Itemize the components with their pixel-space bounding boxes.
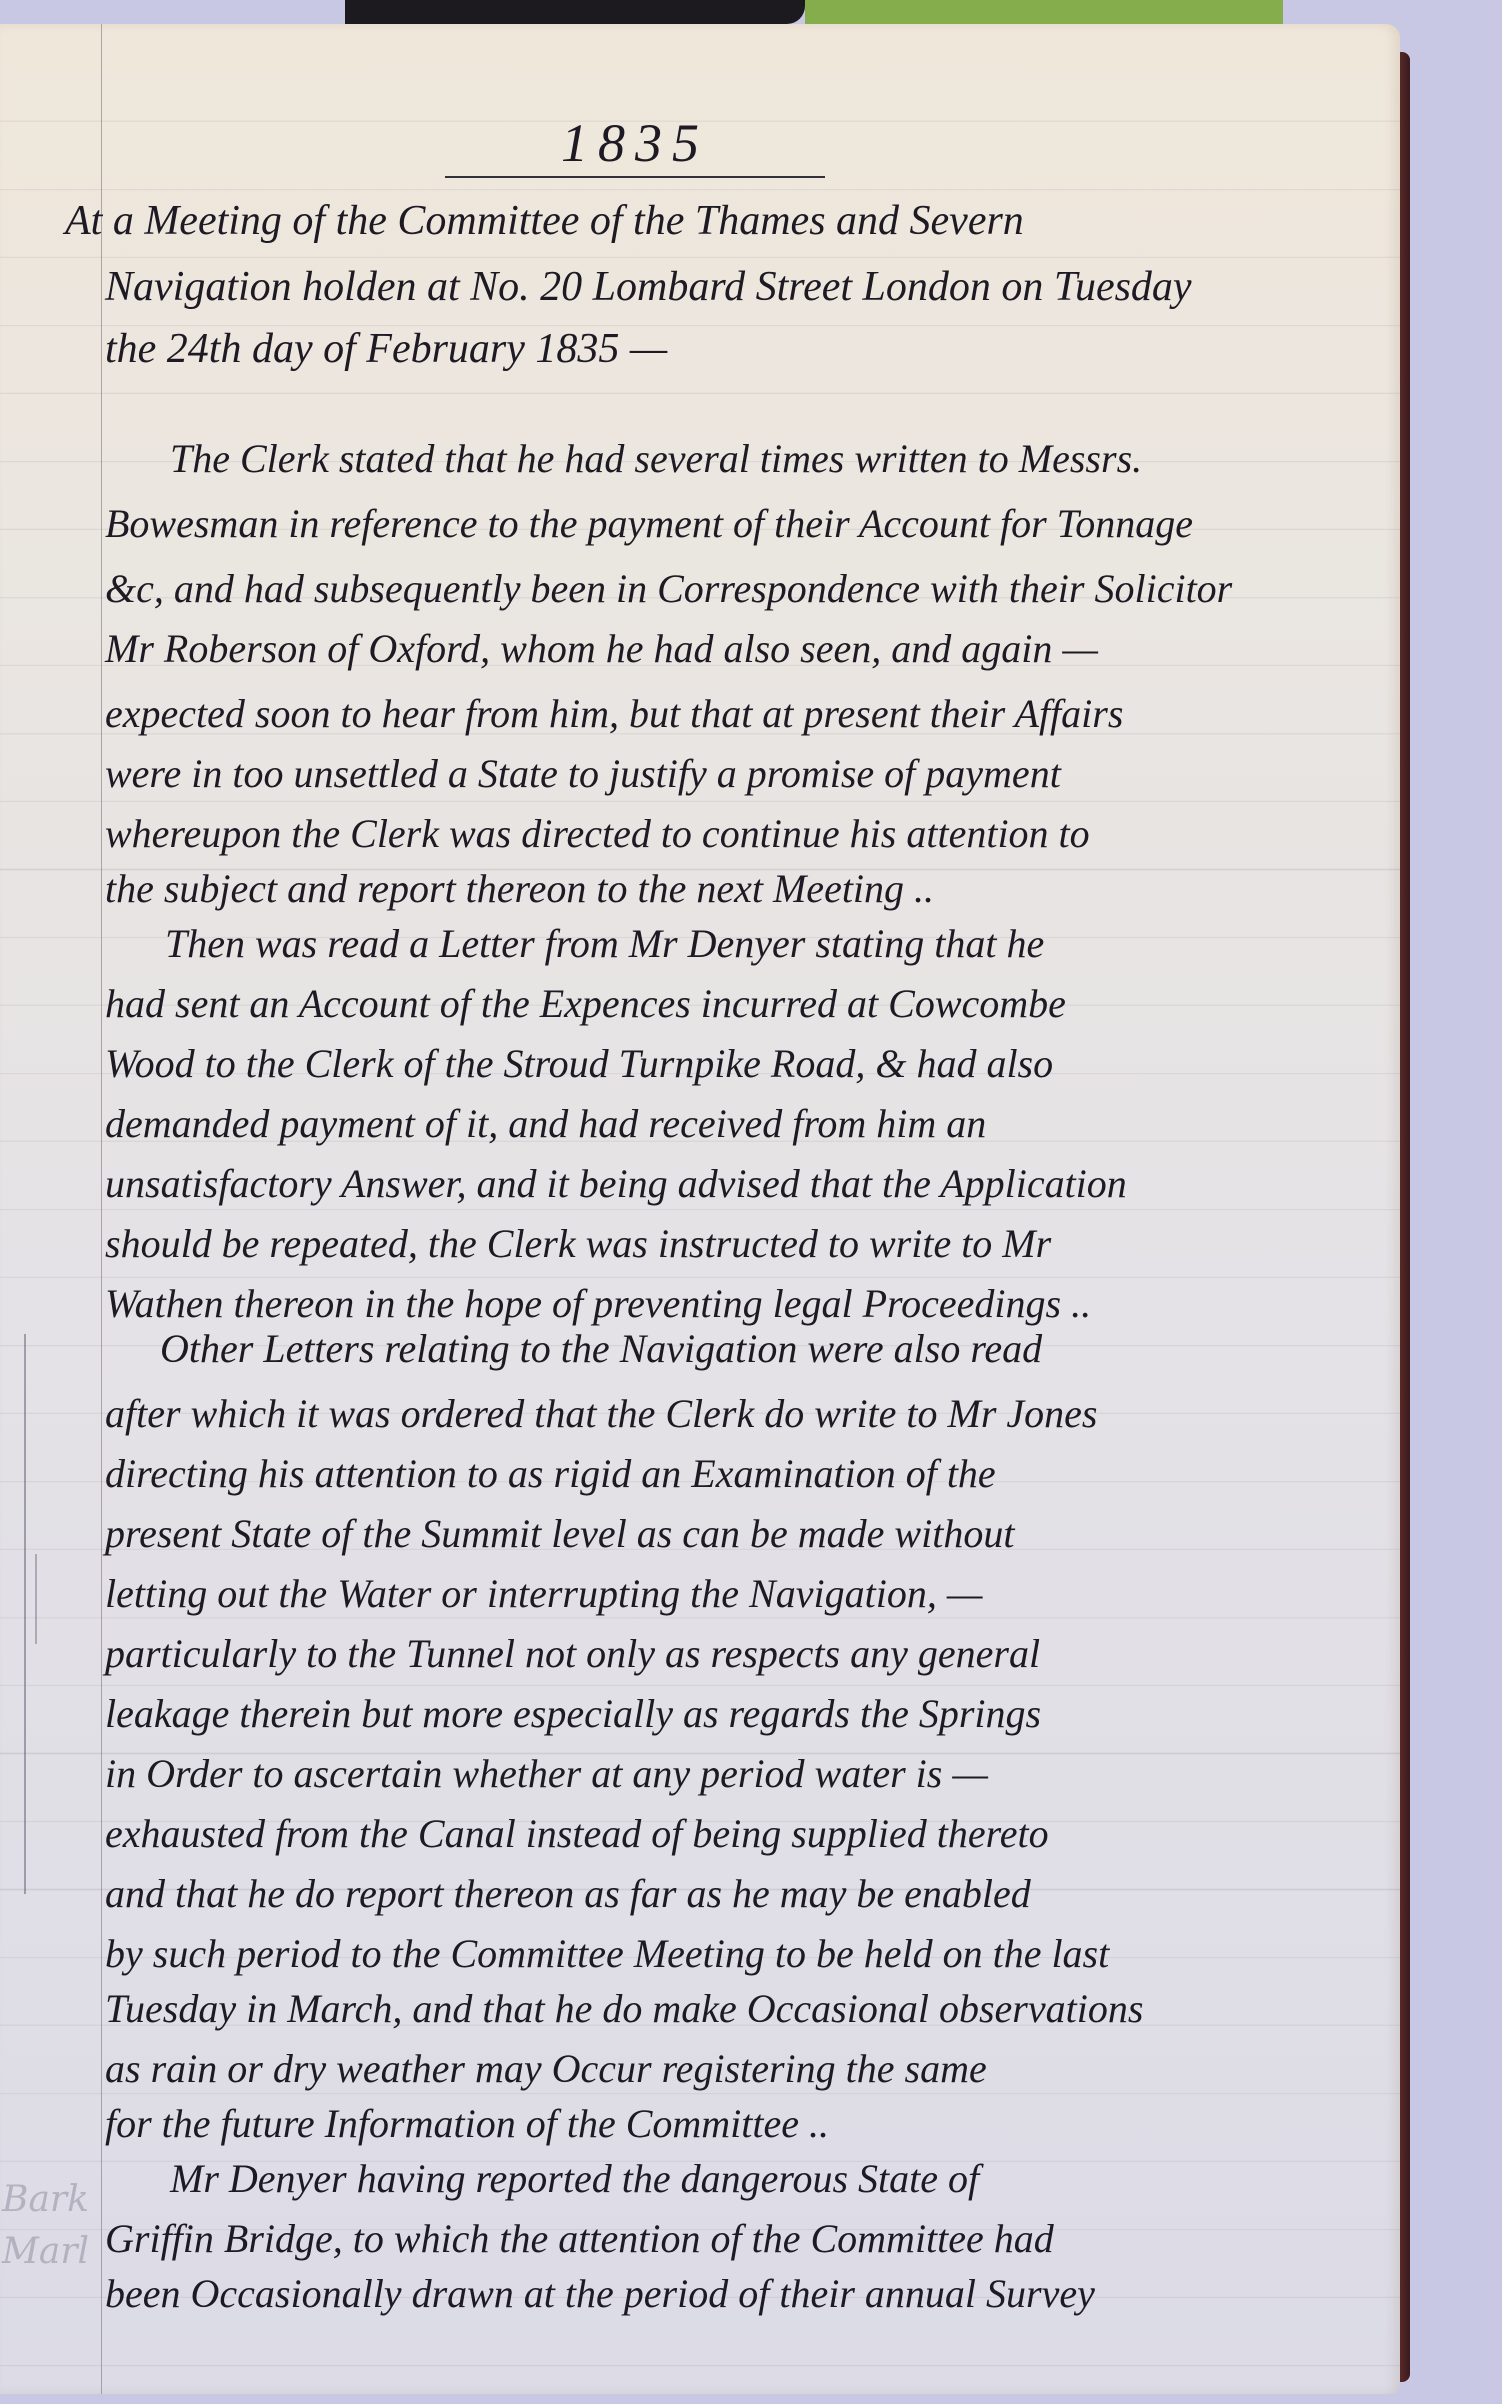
heading-line: the 24th day of February 1835 — <box>105 324 667 374</box>
heading-line: Navigation holden at No. 20 Lombard Stre… <box>105 262 1192 312</box>
text-line: Mr Denyer having reported the dangerous … <box>170 2154 979 2204</box>
text-line: the subject and report thereon to the ne… <box>105 864 934 914</box>
text-line: and that he do report thereon as far as … <box>105 1869 1031 1919</box>
text-line: Wood to the Clerk of the Stroud Turnpike… <box>105 1039 1053 1089</box>
marginalia-note: Bark <box>2 2174 97 2226</box>
ledger-page: Bark Marl 1835 At a Meeting of the Commi… <box>0 24 1400 2394</box>
text-line: demanded payment of it, and had received… <box>105 1099 986 1149</box>
text-line: for the future Information of the Commit… <box>105 2099 829 2149</box>
text-line: present State of the Summit level as can… <box>105 1509 1014 1559</box>
text-line: Tuesday in March, and that he do make Oc… <box>105 1984 1143 2034</box>
text-line: leakage therein but more especially as r… <box>105 1689 1041 1739</box>
text-line: had sent an Account of the Expences incu… <box>105 979 1066 1029</box>
text-line: Griffin Bridge, to which the attention o… <box>105 2214 1054 2264</box>
margin-pencil-mark <box>24 1334 26 1894</box>
text-line: particularly to the Tunnel not only as r… <box>105 1629 1040 1679</box>
background-dark-object <box>345 0 805 24</box>
text-line: letting out the Water or interrupting th… <box>105 1569 982 1619</box>
text-line: should be repeated, the Clerk was instru… <box>105 1219 1051 1269</box>
margin-rule <box>101 24 102 2394</box>
text-line: Mr Roberson of Oxford, whom he had also … <box>105 624 1098 674</box>
marginalia: Bark Marl <box>2 2174 97 2278</box>
ruled-lines <box>0 24 1400 2394</box>
year-heading: 1835 <box>445 112 825 178</box>
text-line: whereupon the Clerk was directed to cont… <box>105 809 1090 859</box>
text-line: in Order to ascertain whether at any per… <box>105 1749 988 1799</box>
text-line: exhausted from the Canal instead of bein… <box>105 1809 1049 1859</box>
text-line: Wathen thereon in the hope of preventing… <box>105 1279 1091 1329</box>
text-line: after which it was ordered that the Cler… <box>105 1389 1098 1439</box>
text-line: unsatisfactory Answer, and it being advi… <box>105 1159 1127 1209</box>
text-line: Bowesman in reference to the payment of … <box>105 499 1193 549</box>
text-line: expected soon to hear from him, but that… <box>105 689 1123 739</box>
text-line: The Clerk stated that he had several tim… <box>170 434 1142 484</box>
text-line: by such period to the Committee Meeting … <box>105 1929 1109 1979</box>
text-line: Other Letters relating to the Navigation… <box>160 1324 1042 1374</box>
margin-pencil-mark-short <box>35 1554 37 1644</box>
text-line: Then was read a Letter from Mr Denyer st… <box>165 919 1044 969</box>
text-line: as rain or dry weather may Occur registe… <box>105 2044 987 2094</box>
text-line: &c, and had subsequently been in Corresp… <box>105 564 1232 614</box>
text-line: directing his attention to as rigid an E… <box>105 1449 996 1499</box>
text-line: been Occasionally drawn at the period of… <box>105 2269 1095 2319</box>
heading-line: At a Meeting of the Committee of the Tha… <box>65 196 1024 246</box>
marginalia-note: Marl <box>2 2226 97 2278</box>
text-line: were in too unsettled a State to justify… <box>105 749 1061 799</box>
